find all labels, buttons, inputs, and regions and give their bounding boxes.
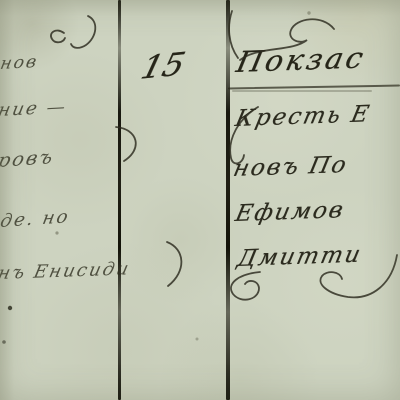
paper-vignette — [0, 0, 400, 400]
manuscript-page: нов ние — ровъ де. но нъ Енисиди 15 Покз… — [0, 0, 400, 400]
